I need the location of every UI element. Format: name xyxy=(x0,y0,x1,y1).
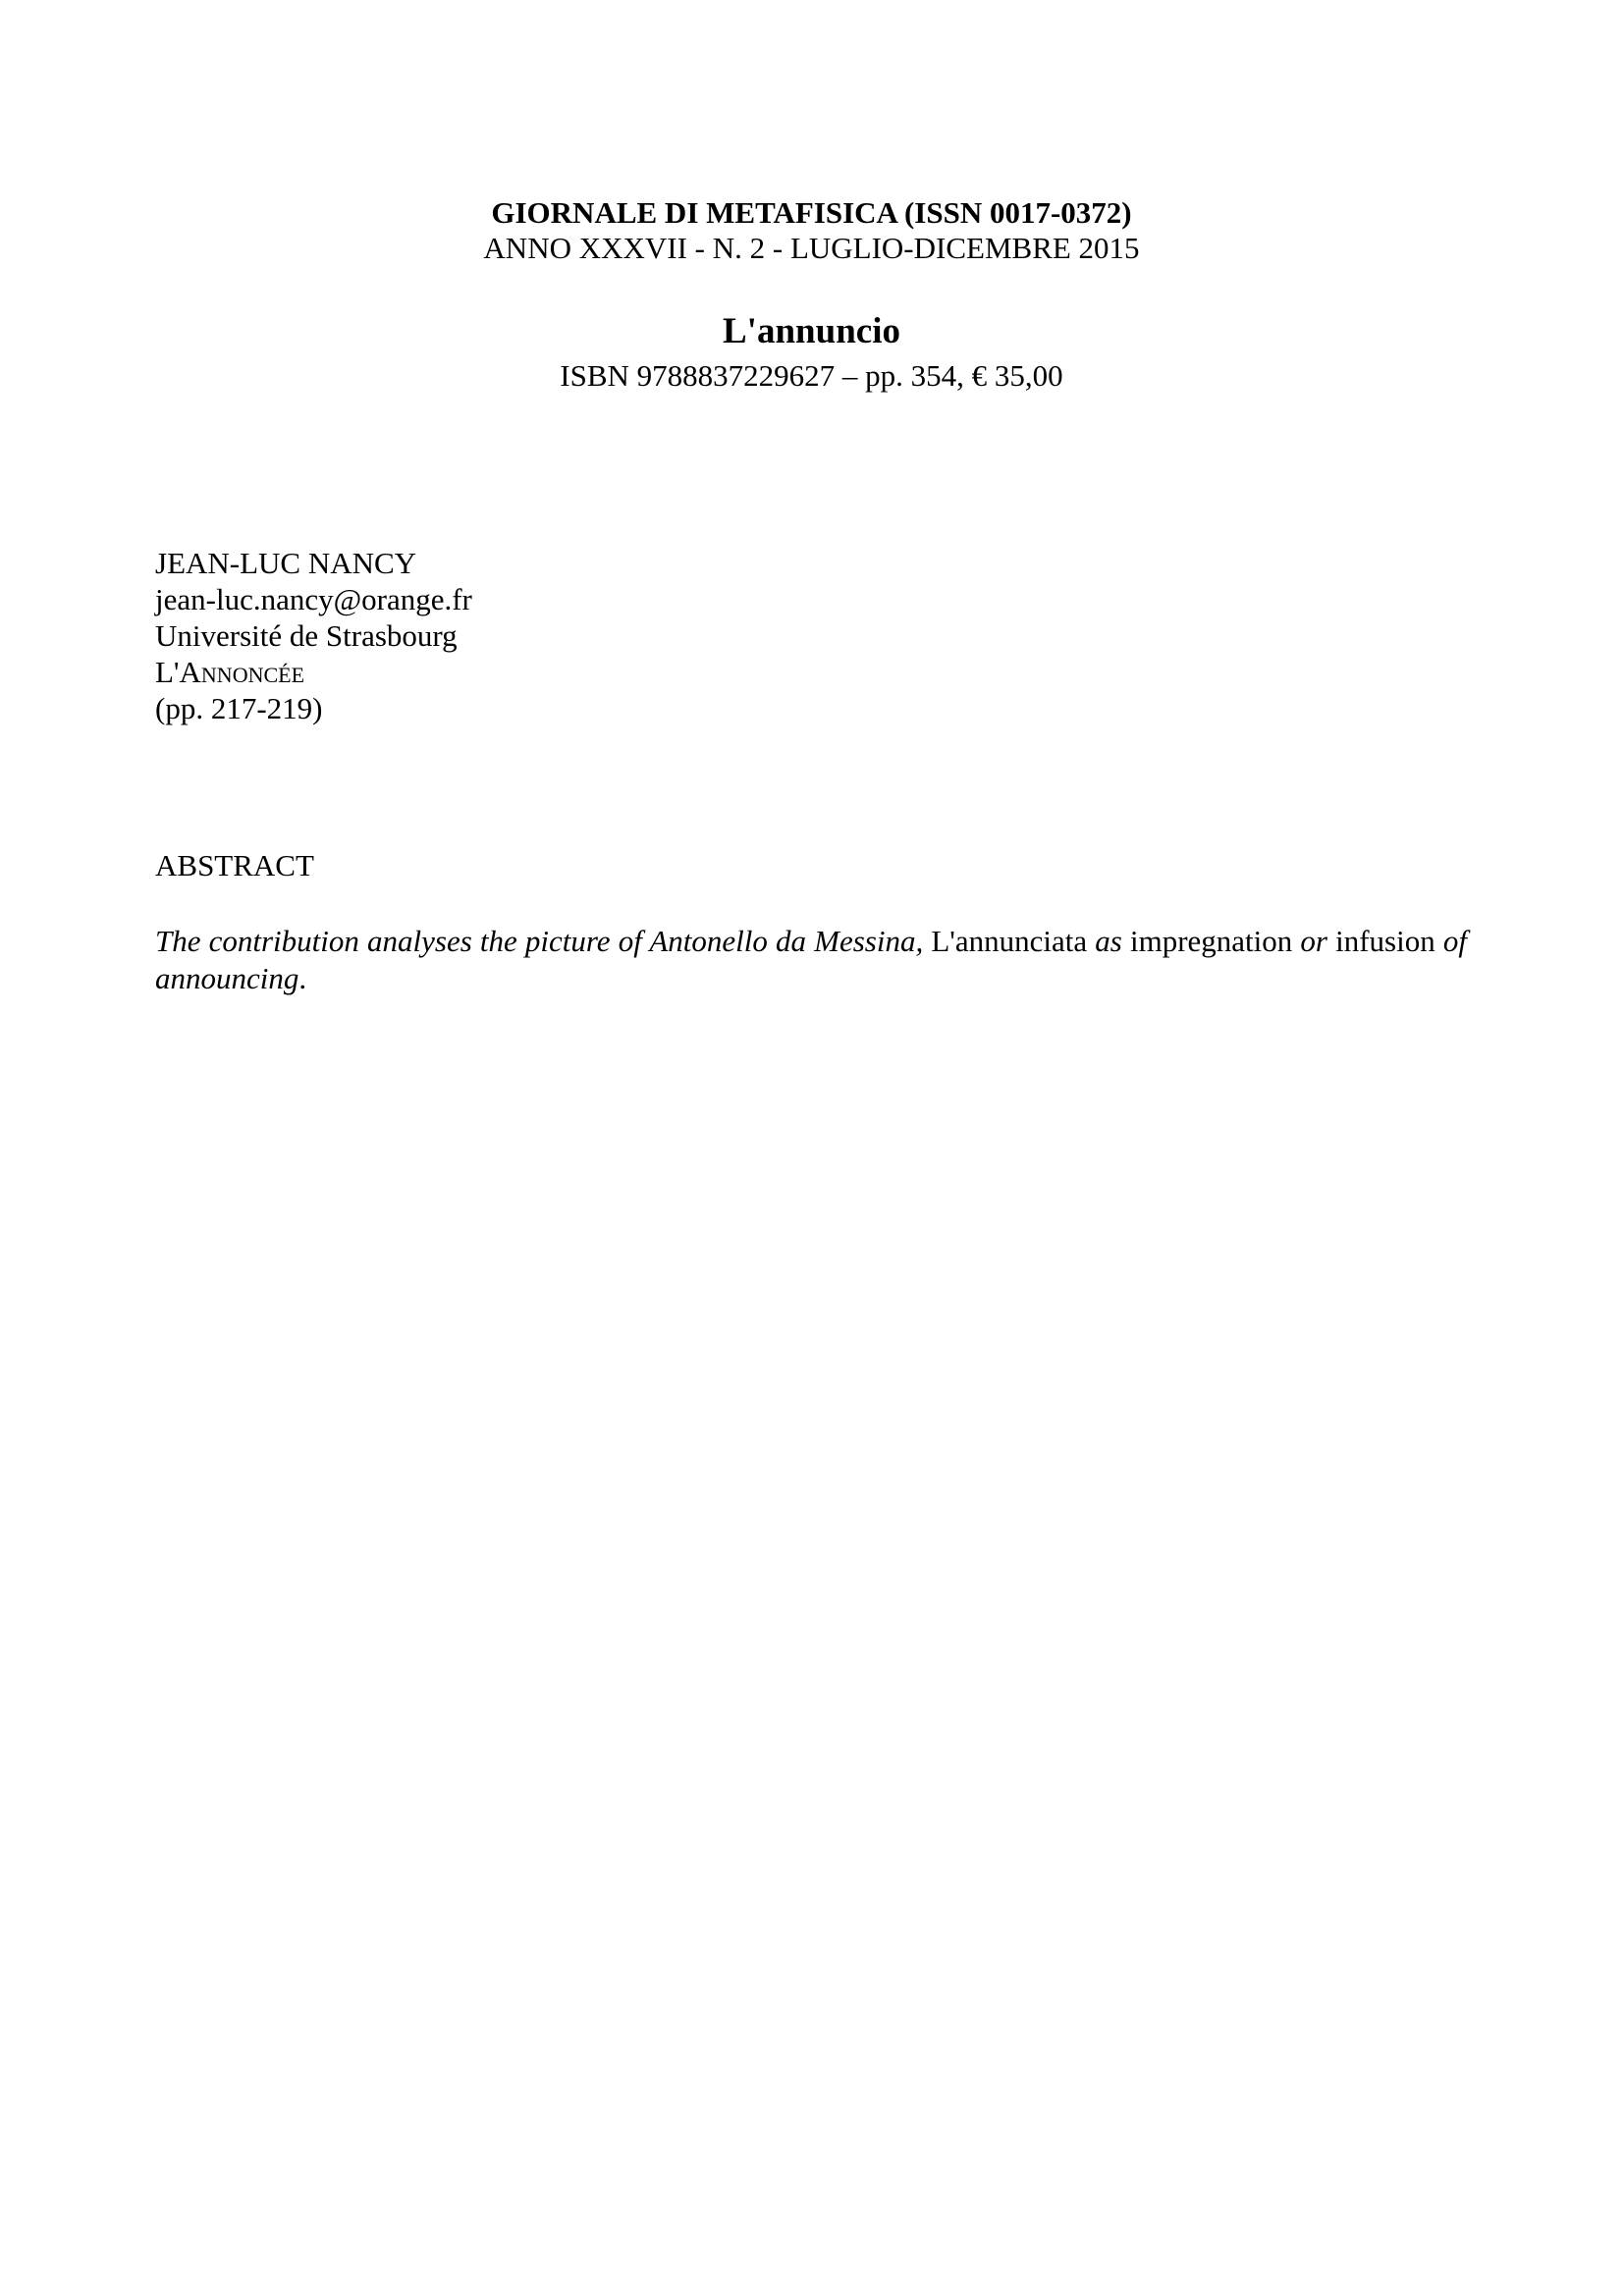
journal-issue: ANNO XXXVII - N. 2 - LUGLIO-DICEMBRE 201… xyxy=(0,231,1623,266)
abstract-segment: . xyxy=(298,961,306,995)
volume-isbn-info: ISBN 9788837229627 – pp. 354, € 35,00 xyxy=(0,358,1623,394)
abstract-segment: The contribution analyses the picture of… xyxy=(155,924,923,958)
author-affiliation: Université de Strasbourg xyxy=(155,617,472,654)
abstract-segment: infusion xyxy=(1327,924,1443,958)
article-pages: (pp. 217-219) xyxy=(155,690,472,726)
journal-title: GIORNALE DI METAFISICA (ISSN 0017-0372) xyxy=(0,195,1623,231)
document-page: GIORNALE DI METAFISICA (ISSN 0017-0372) … xyxy=(0,0,1623,2296)
volume-title: L'annuncio xyxy=(0,311,1623,352)
article-metadata: JEAN-LUC NANCY jean-luc.nancy@orange.fr … xyxy=(155,545,472,726)
abstract-text: The contribution analyses the picture of… xyxy=(155,923,1467,997)
article-title-main: Annoncée xyxy=(180,655,305,689)
author-email: jean-luc.nancy@orange.fr xyxy=(155,581,472,617)
abstract-segment: L'annunciata xyxy=(923,924,1095,958)
abstract-heading: ABSTRACT xyxy=(155,847,314,883)
article-title: L'Annoncée xyxy=(155,654,472,690)
article-title-prefix: L' xyxy=(155,655,180,689)
abstract-segment: or xyxy=(1300,924,1327,958)
abstract-segment: impregnation xyxy=(1122,924,1301,958)
abstract-segment: as xyxy=(1095,924,1122,958)
author-name: JEAN-LUC NANCY xyxy=(155,545,472,581)
